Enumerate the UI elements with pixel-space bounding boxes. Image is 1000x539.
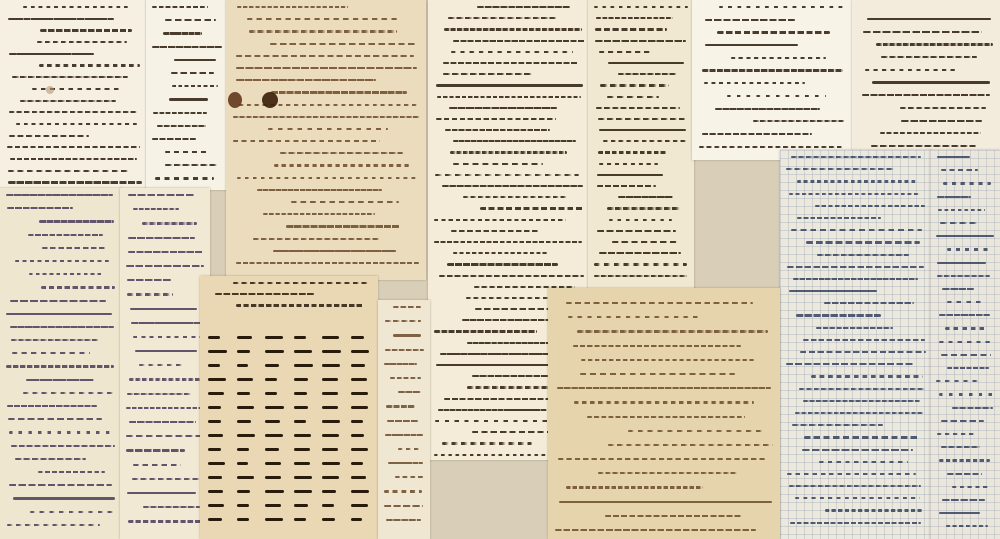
table-cell xyxy=(322,490,336,493)
handwriting-line xyxy=(16,123,137,125)
handwriting-line xyxy=(9,135,89,137)
handwriting-line xyxy=(467,342,553,344)
handwriting-line xyxy=(559,501,771,503)
handwriting-line xyxy=(791,156,920,158)
word-table xyxy=(208,336,370,539)
handwriting-line xyxy=(815,205,925,207)
handwriting-line xyxy=(942,288,975,290)
sheet-top-left-second xyxy=(146,0,228,190)
handwriting-line xyxy=(607,96,659,98)
handwriting-line xyxy=(236,55,414,57)
table-column xyxy=(351,336,370,539)
handwriting-lines xyxy=(152,6,222,190)
handwriting-line xyxy=(165,151,207,153)
table-cell xyxy=(237,448,249,451)
handwriting-line xyxy=(12,352,90,354)
handwriting-line xyxy=(800,351,926,353)
handwriting-line xyxy=(802,449,913,451)
table-cell xyxy=(351,420,364,423)
handwriting-line xyxy=(618,196,673,198)
handwriting-line xyxy=(139,364,185,366)
handwriting-line xyxy=(566,302,753,304)
handwriting-line xyxy=(127,279,171,281)
handwriting-line xyxy=(594,275,687,277)
handwriting-lines xyxy=(936,156,994,539)
table-cell xyxy=(237,476,254,479)
heading-lines xyxy=(206,282,372,322)
table-cell xyxy=(237,518,249,521)
handwriting-line xyxy=(393,306,420,308)
handwriting-line xyxy=(618,73,677,75)
handwriting-line xyxy=(127,393,191,395)
table-cell xyxy=(351,476,366,479)
sheet-bottom-center-letter xyxy=(548,288,780,539)
handwriting-line xyxy=(30,511,116,513)
handwriting-line xyxy=(447,263,559,265)
table-cell xyxy=(322,392,338,395)
table-cell xyxy=(294,378,309,381)
table-cell xyxy=(208,518,222,521)
handwriting-line xyxy=(795,412,922,414)
handwriting-line xyxy=(817,254,910,256)
handwriting-line xyxy=(9,484,112,486)
handwriting-line xyxy=(23,6,128,8)
table-cell xyxy=(237,406,255,409)
handwriting-line xyxy=(7,207,74,209)
handwriting-line xyxy=(799,388,925,390)
handwriting-line xyxy=(237,6,347,8)
handwriting-line xyxy=(37,41,126,43)
handwriting-line xyxy=(824,302,914,304)
handwriting-line xyxy=(11,445,115,447)
table-cell xyxy=(208,420,221,423)
table-cell xyxy=(265,462,281,465)
table-cell xyxy=(294,392,307,395)
handwriting-line xyxy=(797,180,919,182)
handwriting-line xyxy=(804,436,920,438)
table-cell xyxy=(208,378,226,381)
handwriting-line xyxy=(609,219,671,221)
table-cell xyxy=(294,448,310,451)
handwriting-line xyxy=(10,326,114,328)
table-cell xyxy=(265,406,284,409)
handwriting-line xyxy=(462,319,553,321)
handwriting-line xyxy=(937,156,970,158)
handwriting-lines xyxy=(6,6,142,190)
handwriting-line xyxy=(128,251,203,253)
handwriting-line xyxy=(236,262,419,264)
handwriting-line xyxy=(581,359,754,361)
handwriting-line xyxy=(940,222,977,224)
table-cell xyxy=(322,336,339,339)
table-cell xyxy=(294,364,313,367)
handwriting-line xyxy=(395,476,424,478)
handwriting-line xyxy=(947,248,991,250)
handwriting-line xyxy=(865,69,958,71)
handwriting-line xyxy=(127,293,174,295)
table-cell xyxy=(322,420,340,423)
handwriting-line xyxy=(480,207,584,209)
handwriting-line xyxy=(786,168,893,170)
handwriting-line xyxy=(941,446,980,448)
table-cell xyxy=(294,504,309,507)
table-cell xyxy=(322,406,338,409)
handwriting-line xyxy=(789,193,919,195)
handwriting-line xyxy=(436,84,583,86)
handwriting-line xyxy=(386,405,414,407)
handwriting-lines xyxy=(786,156,926,539)
handwriting-line xyxy=(12,76,128,78)
handwriting-line xyxy=(598,151,666,153)
sheet-left-faded-letter-2 xyxy=(120,188,210,539)
handwriting-line xyxy=(249,30,397,32)
handwriting-line xyxy=(705,44,797,46)
handwriting-line xyxy=(451,230,538,232)
handwriting-line xyxy=(938,209,985,211)
handwriting-line xyxy=(236,67,417,69)
table-cell xyxy=(351,392,369,395)
handwriting-line xyxy=(385,434,423,436)
handwriting-line xyxy=(384,363,417,365)
handwriting-line xyxy=(128,237,194,239)
sheet-top-right-letter-a xyxy=(692,0,852,160)
handwriting-line xyxy=(787,266,924,268)
handwriting-line xyxy=(946,525,987,527)
handwriting-lines xyxy=(6,194,116,539)
handwriting-line xyxy=(792,424,883,426)
handwriting-line xyxy=(597,230,676,232)
table-cell xyxy=(208,490,223,493)
handwriting-line xyxy=(942,499,986,501)
handwriting-line xyxy=(819,461,908,463)
handwriting-line xyxy=(40,29,132,31)
handwriting-line xyxy=(598,118,684,120)
handwriting-line xyxy=(390,377,421,379)
handwriting-line xyxy=(871,145,976,147)
handwriting-line xyxy=(939,341,990,343)
handwriting-line xyxy=(133,336,202,338)
handwriting-line xyxy=(273,250,396,252)
handwriting-line xyxy=(26,379,94,381)
handwriting-line xyxy=(155,177,214,179)
handwriting-line xyxy=(753,120,844,122)
handwriting-line xyxy=(599,51,651,53)
handwriting-line xyxy=(291,201,400,203)
handwriting-line xyxy=(945,327,985,329)
handwriting-line xyxy=(795,497,920,499)
table-cell xyxy=(265,364,279,367)
table-cell xyxy=(322,364,340,367)
handwriting-line xyxy=(439,275,584,277)
handwriting-line xyxy=(257,189,382,191)
handwriting-line xyxy=(142,222,197,224)
handwriting-line xyxy=(881,56,977,58)
handwriting-line xyxy=(702,133,811,135)
handwriting-line xyxy=(952,486,990,488)
manuscript-collage: Collage of overlapping handwritten Hebre… xyxy=(0,0,1000,539)
handwriting-line xyxy=(126,407,202,409)
handwriting-line xyxy=(39,220,114,222)
handwriting-lines xyxy=(594,6,688,290)
handwriting-line xyxy=(163,32,202,34)
handwriting-line xyxy=(253,238,380,240)
handwriting-line xyxy=(453,252,547,254)
handwriting-line xyxy=(130,308,197,310)
table-cell xyxy=(351,504,369,507)
handwriting-line xyxy=(42,247,105,249)
handwriting-line xyxy=(704,82,805,84)
sheet-bottom-table xyxy=(200,276,378,539)
handwriting-line xyxy=(594,263,687,265)
table-cell xyxy=(351,518,363,521)
handwriting-line xyxy=(128,194,193,196)
handwriting-line xyxy=(727,95,826,97)
handwriting-line xyxy=(143,506,199,508)
handwriting-line xyxy=(386,519,421,521)
handwriting-line xyxy=(597,185,656,187)
handwriting-line xyxy=(568,316,703,318)
table-cell xyxy=(322,518,335,521)
handwriting-line xyxy=(943,182,991,184)
handwriting-line xyxy=(880,132,981,134)
handwriting-line xyxy=(129,421,196,423)
table-column xyxy=(265,336,284,539)
handwriting-line xyxy=(129,378,204,380)
table-cell xyxy=(265,490,284,493)
handwriting-line xyxy=(387,420,420,422)
handwriting-line xyxy=(436,118,557,120)
table-cell xyxy=(351,434,364,437)
handwriting-line xyxy=(939,314,989,316)
handwriting-line xyxy=(947,473,982,475)
handwriting-line xyxy=(811,375,922,377)
handwriting-line xyxy=(937,262,986,264)
handwriting-line xyxy=(271,91,408,93)
table-cell xyxy=(208,476,222,479)
table-cell xyxy=(265,378,277,381)
handwriting-line xyxy=(233,116,420,118)
table-cell xyxy=(265,420,280,423)
handwriting-line xyxy=(450,151,567,153)
handwriting-line xyxy=(598,472,738,474)
handwriting-line xyxy=(236,304,364,306)
handwriting-line xyxy=(174,59,216,61)
handwriting-line xyxy=(941,169,978,171)
handwriting-line xyxy=(233,140,380,142)
handwriting-line xyxy=(574,401,754,403)
handwriting-line xyxy=(385,320,421,322)
handwriting-line xyxy=(453,163,543,165)
table-cell xyxy=(322,504,334,507)
handwriting-line xyxy=(791,229,922,231)
handwriting-line xyxy=(28,234,103,236)
handwriting-line xyxy=(443,73,533,75)
handwriting-line xyxy=(8,18,114,20)
table-cell xyxy=(322,448,338,451)
handwriting-line xyxy=(6,365,114,367)
handwriting-line xyxy=(9,431,113,433)
table-cell xyxy=(265,448,279,451)
handwriting-line xyxy=(393,334,421,336)
handwriting-line xyxy=(169,98,208,100)
handwriting-line xyxy=(790,522,922,524)
handwriting-line xyxy=(268,128,388,130)
handwriting-lines xyxy=(554,302,774,539)
handwriting-line xyxy=(126,449,185,451)
handwriting-line xyxy=(8,170,128,172)
table-cell xyxy=(294,350,313,353)
handwriting-line xyxy=(286,225,400,227)
handwriting-line xyxy=(786,363,913,365)
table-cell xyxy=(237,434,256,437)
handwriting-line xyxy=(453,140,577,142)
handwriting-line xyxy=(443,62,577,64)
handwriting-line xyxy=(165,19,216,21)
handwriting-line xyxy=(437,96,581,98)
handwriting-line xyxy=(215,293,314,295)
handwriting-line xyxy=(607,207,680,209)
handwriting-line xyxy=(463,196,568,198)
sheet-center-dense-right xyxy=(588,0,694,290)
handwriting-line xyxy=(900,107,986,109)
handwriting-line xyxy=(573,345,741,347)
handwriting-line xyxy=(797,217,881,219)
table-cell xyxy=(351,378,368,381)
handwriting-line xyxy=(41,286,115,288)
handwriting-line xyxy=(132,478,200,480)
handwriting-line xyxy=(937,433,977,435)
table-cell xyxy=(294,462,310,465)
handwriting-line xyxy=(23,392,115,394)
handwriting-line xyxy=(157,125,207,127)
table-cell xyxy=(322,378,338,381)
handwriting-line xyxy=(152,6,208,8)
handwriting-line xyxy=(608,444,774,446)
sheet-top-left-letter xyxy=(0,0,148,190)
handwriting-line xyxy=(434,219,566,221)
sheet-top-center-stained xyxy=(226,0,426,280)
handwriting-line xyxy=(434,454,562,456)
handwriting-line xyxy=(126,265,204,267)
handwriting-line xyxy=(388,462,423,464)
handwriting-line xyxy=(438,409,548,411)
handwriting-line xyxy=(8,418,103,420)
table-cell xyxy=(294,420,306,423)
handwriting-line xyxy=(9,53,95,55)
handwriting-line xyxy=(603,140,688,142)
handwriting-line xyxy=(442,185,584,187)
handwriting-lines xyxy=(698,6,846,160)
handwriting-line xyxy=(596,17,674,19)
handwriting-line xyxy=(936,235,994,237)
handwriting-line xyxy=(10,158,136,160)
handwriting-line xyxy=(941,420,984,422)
handwriting-line xyxy=(872,81,990,83)
handwriting-line xyxy=(442,442,532,444)
handwriting-line xyxy=(153,112,207,114)
table-cell xyxy=(351,406,369,409)
handwriting-line xyxy=(133,208,178,210)
handwriting-line xyxy=(127,492,196,494)
handwriting-line xyxy=(939,459,990,461)
table-cell xyxy=(208,504,224,507)
table-cell xyxy=(265,336,283,339)
handwriting-line xyxy=(444,28,582,30)
table-cell xyxy=(208,336,220,339)
handwriting-line xyxy=(555,529,756,531)
handwriting-line xyxy=(825,509,922,511)
handwriting-line xyxy=(448,17,556,19)
handwriting-line xyxy=(6,313,112,315)
table-cell xyxy=(208,364,220,367)
handwriting-line xyxy=(445,129,550,131)
handwriting-line xyxy=(719,6,845,8)
handwriting-line xyxy=(152,46,222,48)
handwriting-line xyxy=(434,330,537,332)
handwriting-line xyxy=(165,164,218,166)
handwriting-line xyxy=(128,520,204,522)
handwriting-line xyxy=(597,174,663,176)
handwriting-line xyxy=(580,373,735,375)
handwriting-line xyxy=(595,40,687,42)
handwriting-line xyxy=(451,51,573,53)
handwriting-line xyxy=(600,84,668,86)
table-cell xyxy=(322,350,341,353)
table-cell xyxy=(237,378,254,381)
handwriting-line xyxy=(435,174,578,176)
handwriting-line xyxy=(133,464,181,466)
handwriting-line xyxy=(385,349,423,351)
handwriting-line xyxy=(594,6,688,8)
handwriting-line xyxy=(947,367,989,369)
handwriting-line xyxy=(952,407,993,409)
handwriting-line xyxy=(38,471,105,473)
handwriting-line xyxy=(280,152,403,154)
handwriting-line xyxy=(171,72,214,74)
table-cell xyxy=(294,518,307,521)
handwriting-line xyxy=(599,129,686,131)
table-cell xyxy=(237,504,249,507)
table-cell xyxy=(265,476,281,479)
handwriting-line xyxy=(10,300,106,302)
handwriting-line xyxy=(628,430,764,432)
sheet-far-right-grid-letter xyxy=(930,150,1000,539)
table-cell xyxy=(208,350,227,353)
table-cell xyxy=(208,406,221,409)
handwriting-line xyxy=(434,241,582,243)
handwriting-line xyxy=(7,405,97,407)
handwriting-line xyxy=(867,18,991,20)
table-cell xyxy=(294,490,312,493)
handwriting-line xyxy=(131,322,202,324)
table-column xyxy=(237,336,256,539)
handwriting-line xyxy=(939,393,993,395)
table-cell xyxy=(208,434,223,437)
handwriting-line xyxy=(876,43,992,45)
handwriting-line xyxy=(477,6,570,8)
table-cell xyxy=(351,448,369,451)
sheet-top-right-letter-b xyxy=(852,0,1000,150)
table-cell xyxy=(351,336,364,339)
handwriting-line xyxy=(237,177,416,179)
table-cell xyxy=(265,518,283,521)
handwriting-line xyxy=(862,94,989,96)
table-cell xyxy=(265,504,281,507)
table-cell xyxy=(351,462,363,465)
sheet-left-faded-letter xyxy=(0,188,122,539)
table-cell xyxy=(237,350,250,353)
handwriting-lines xyxy=(126,194,204,539)
